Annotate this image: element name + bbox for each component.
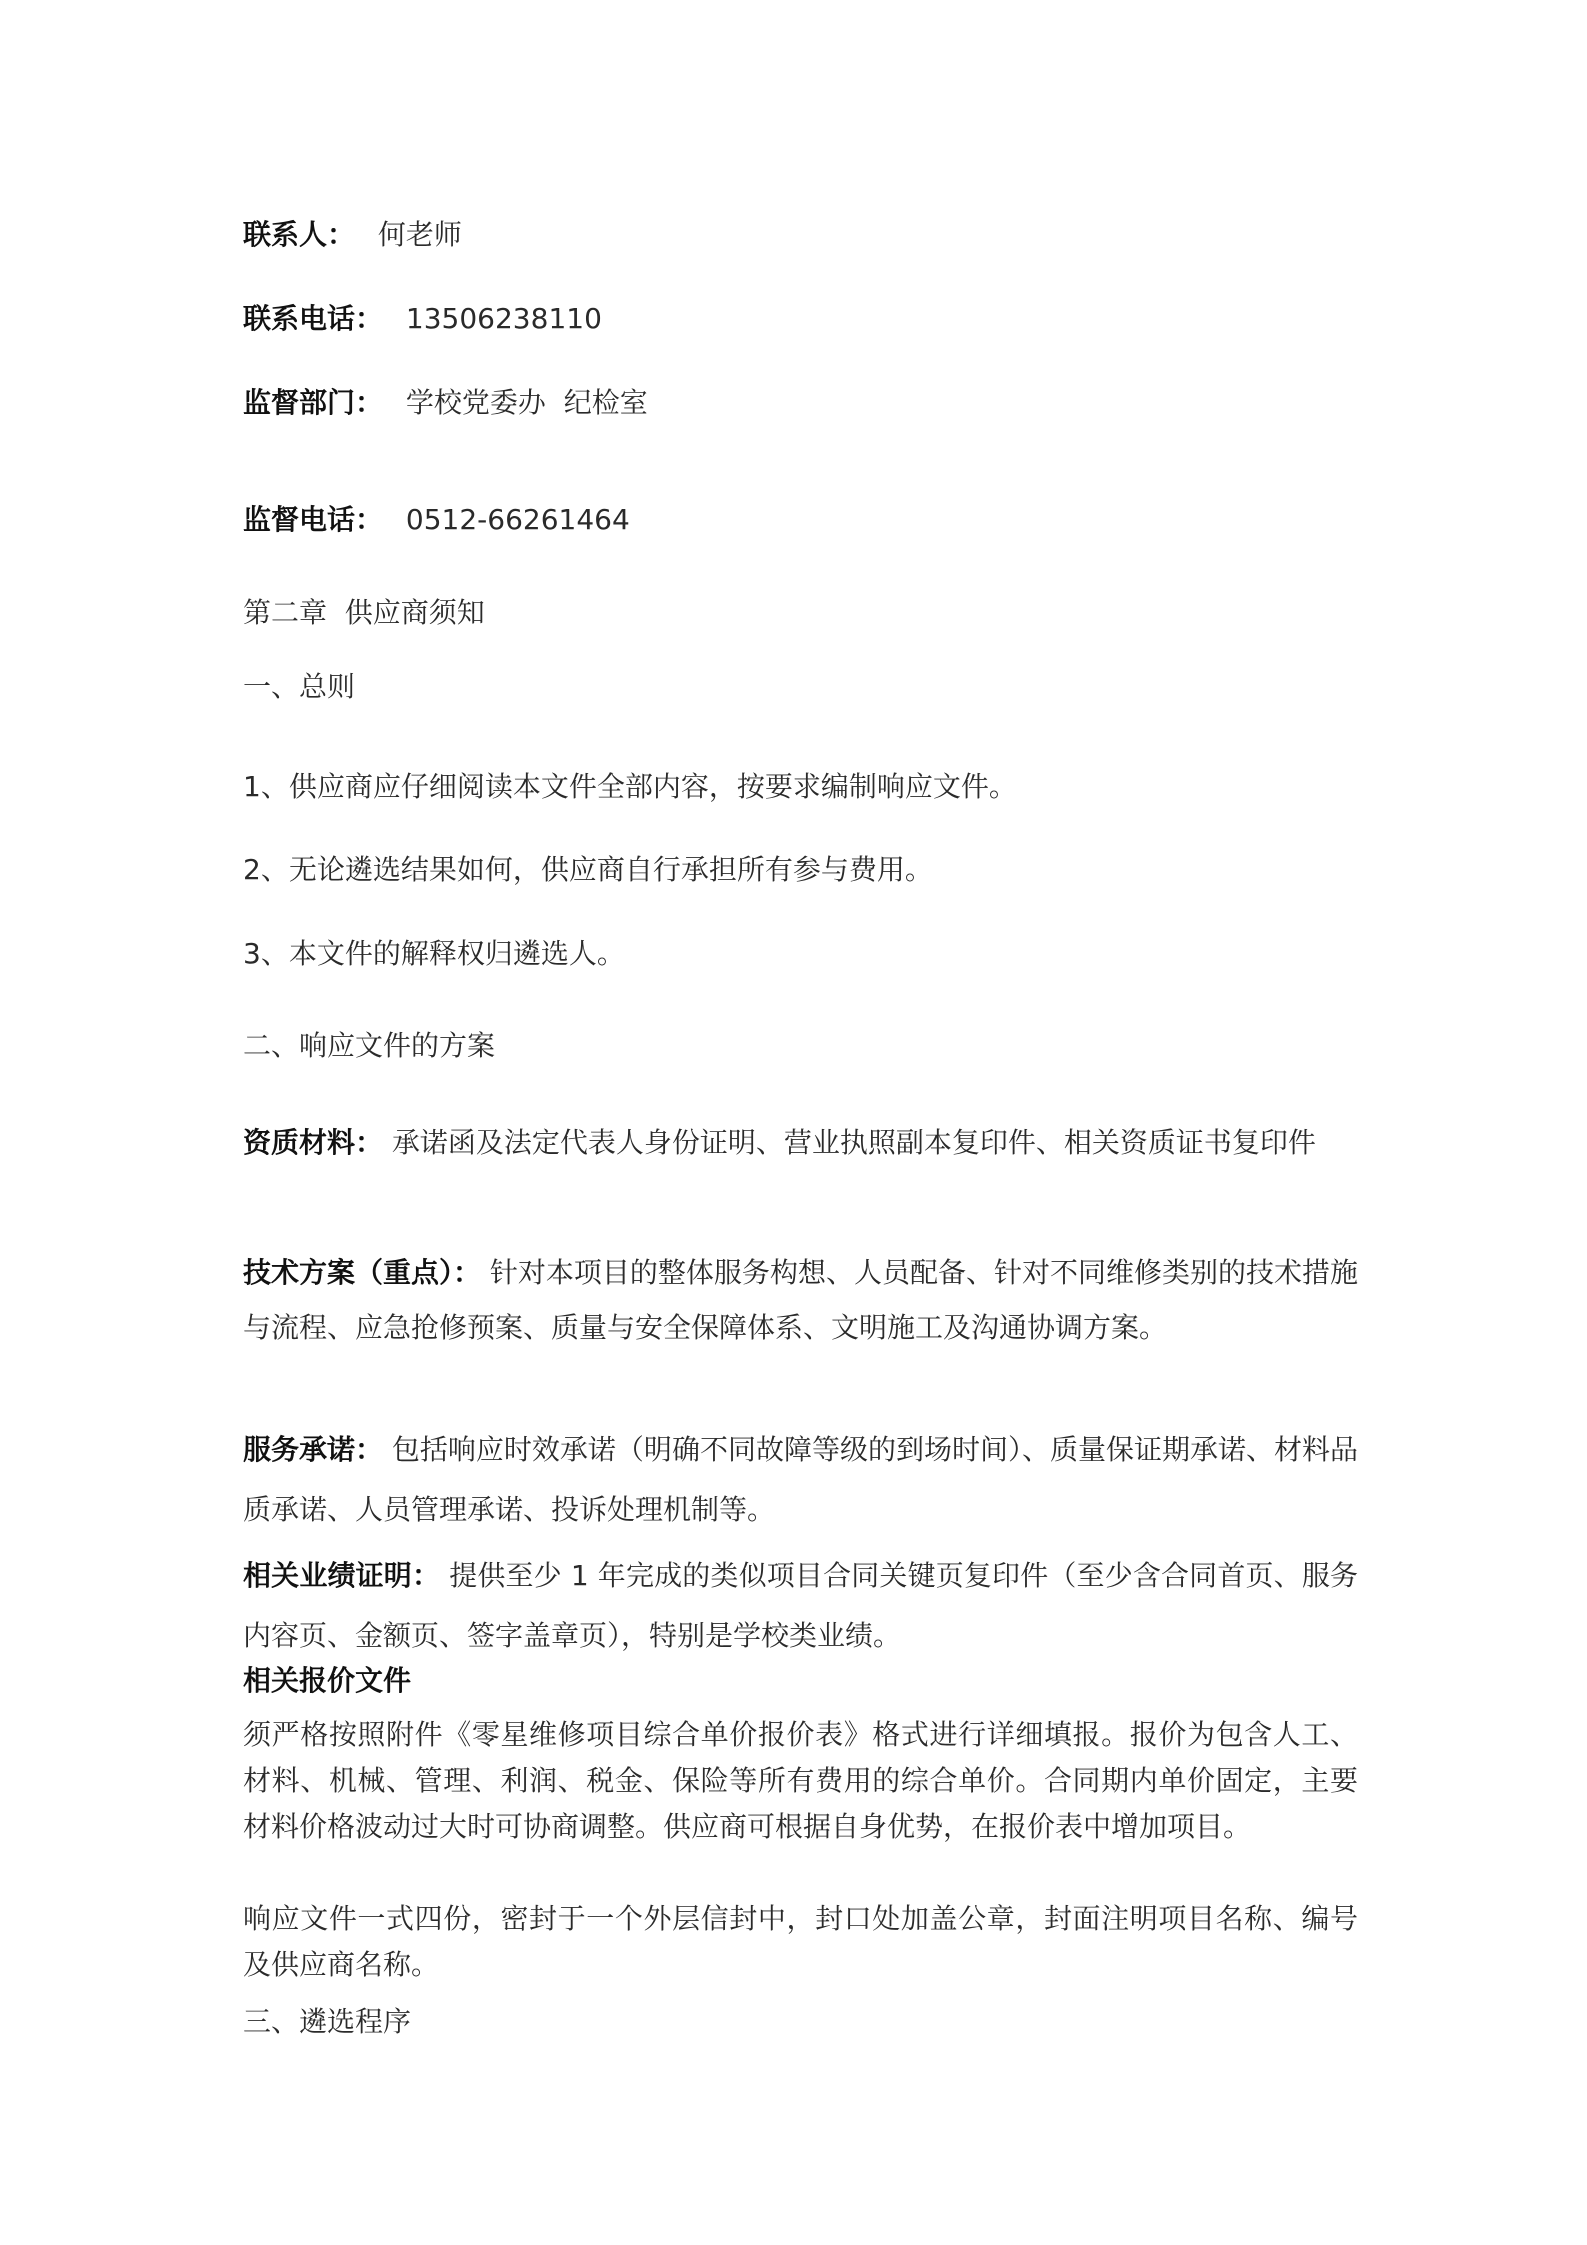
section2-heading: 二、响应文件的方案 — [243, 1029, 495, 1063]
quote-paragraph-2: 响应文件一式四份，密封于一个外层信封中，封口处加盖公章，封面注明项目名称、编号及… — [243, 1896, 1358, 1988]
quote-heading: 相关报价文件 — [243, 1664, 411, 1698]
contact-phone-label: 联系电话： — [243, 302, 383, 335]
supervision-dept-value: 学校党委办 纪检室 — [406, 386, 648, 419]
service-label: 服务承诺： — [243, 1433, 383, 1466]
performance-paragraph: 相关业绩证明： 提供至少 1 年完成的类似项目合同关键页复印件（至少含合同首页、… — [243, 1546, 1358, 1666]
qualification-text: 承诺函及法定代表人身份证明、营业执照副本复印件、相关资质证书复印件 — [392, 1126, 1316, 1159]
service-paragraph: 服务承诺： 包括响应时效承诺（明确不同故障等级的到场时间）、质量保证期承诺、材料… — [243, 1420, 1358, 1540]
contact-person-value: 何老师 — [378, 218, 462, 251]
contact-phone-value: 13506238110 — [406, 302, 602, 335]
supervision-dept-label: 监督部门： — [243, 386, 383, 419]
contact-person-row: 联系人： 何老师 — [243, 218, 462, 252]
service-text: 包括响应时效承诺（明确不同故障等级的到场时间）、质量保证期承诺、材料品质承诺、人… — [243, 1433, 1358, 1526]
performance-label: 相关业绩证明： — [243, 1559, 440, 1592]
technical-label: 技术方案（重点）： — [243, 1256, 481, 1289]
section1-item-1: 1、供应商应仔细阅读本文件全部内容，按要求编制响应文件。 — [243, 770, 1017, 804]
technical-paragraph: 技术方案（重点）： 针对本项目的整体服务构想、人员配备、针对不同维修类别的技术措… — [243, 1245, 1358, 1355]
section1-item-2: 2、无论遴选结果如何，供应商自行承担所有参与费用。 — [243, 853, 933, 887]
qualification-paragraph: 资质材料： 承诺函及法定代表人身份证明、营业执照副本复印件、相关资质证书复印件 — [243, 1113, 1358, 1173]
quote-paragraph-1: 须严格按照附件《零星维修项目综合单价报价表》格式进行详细填报。报价为包含人工、材… — [243, 1712, 1358, 1850]
qualification-label: 资质材料： — [243, 1126, 383, 1159]
section1-heading: 一、总则 — [243, 670, 355, 704]
section3-heading: 三、遴选程序 — [243, 2005, 411, 2039]
supervision-dept-row: 监督部门： 学校党委办 纪检室 — [243, 386, 648, 420]
contact-person-label: 联系人： — [243, 218, 355, 251]
supervision-phone-label: 监督电话： — [243, 503, 383, 536]
supervision-phone-value: 0512-66261464 — [406, 503, 630, 536]
supervision-phone-row: 监督电话： 0512-66261464 — [243, 503, 630, 537]
chapter-title: 第二章 供应商须知 — [243, 596, 485, 630]
contact-phone-row: 联系电话： 13506238110 — [243, 302, 602, 336]
section1-item-3: 3、本文件的解释权归遴选人。 — [243, 937, 625, 971]
